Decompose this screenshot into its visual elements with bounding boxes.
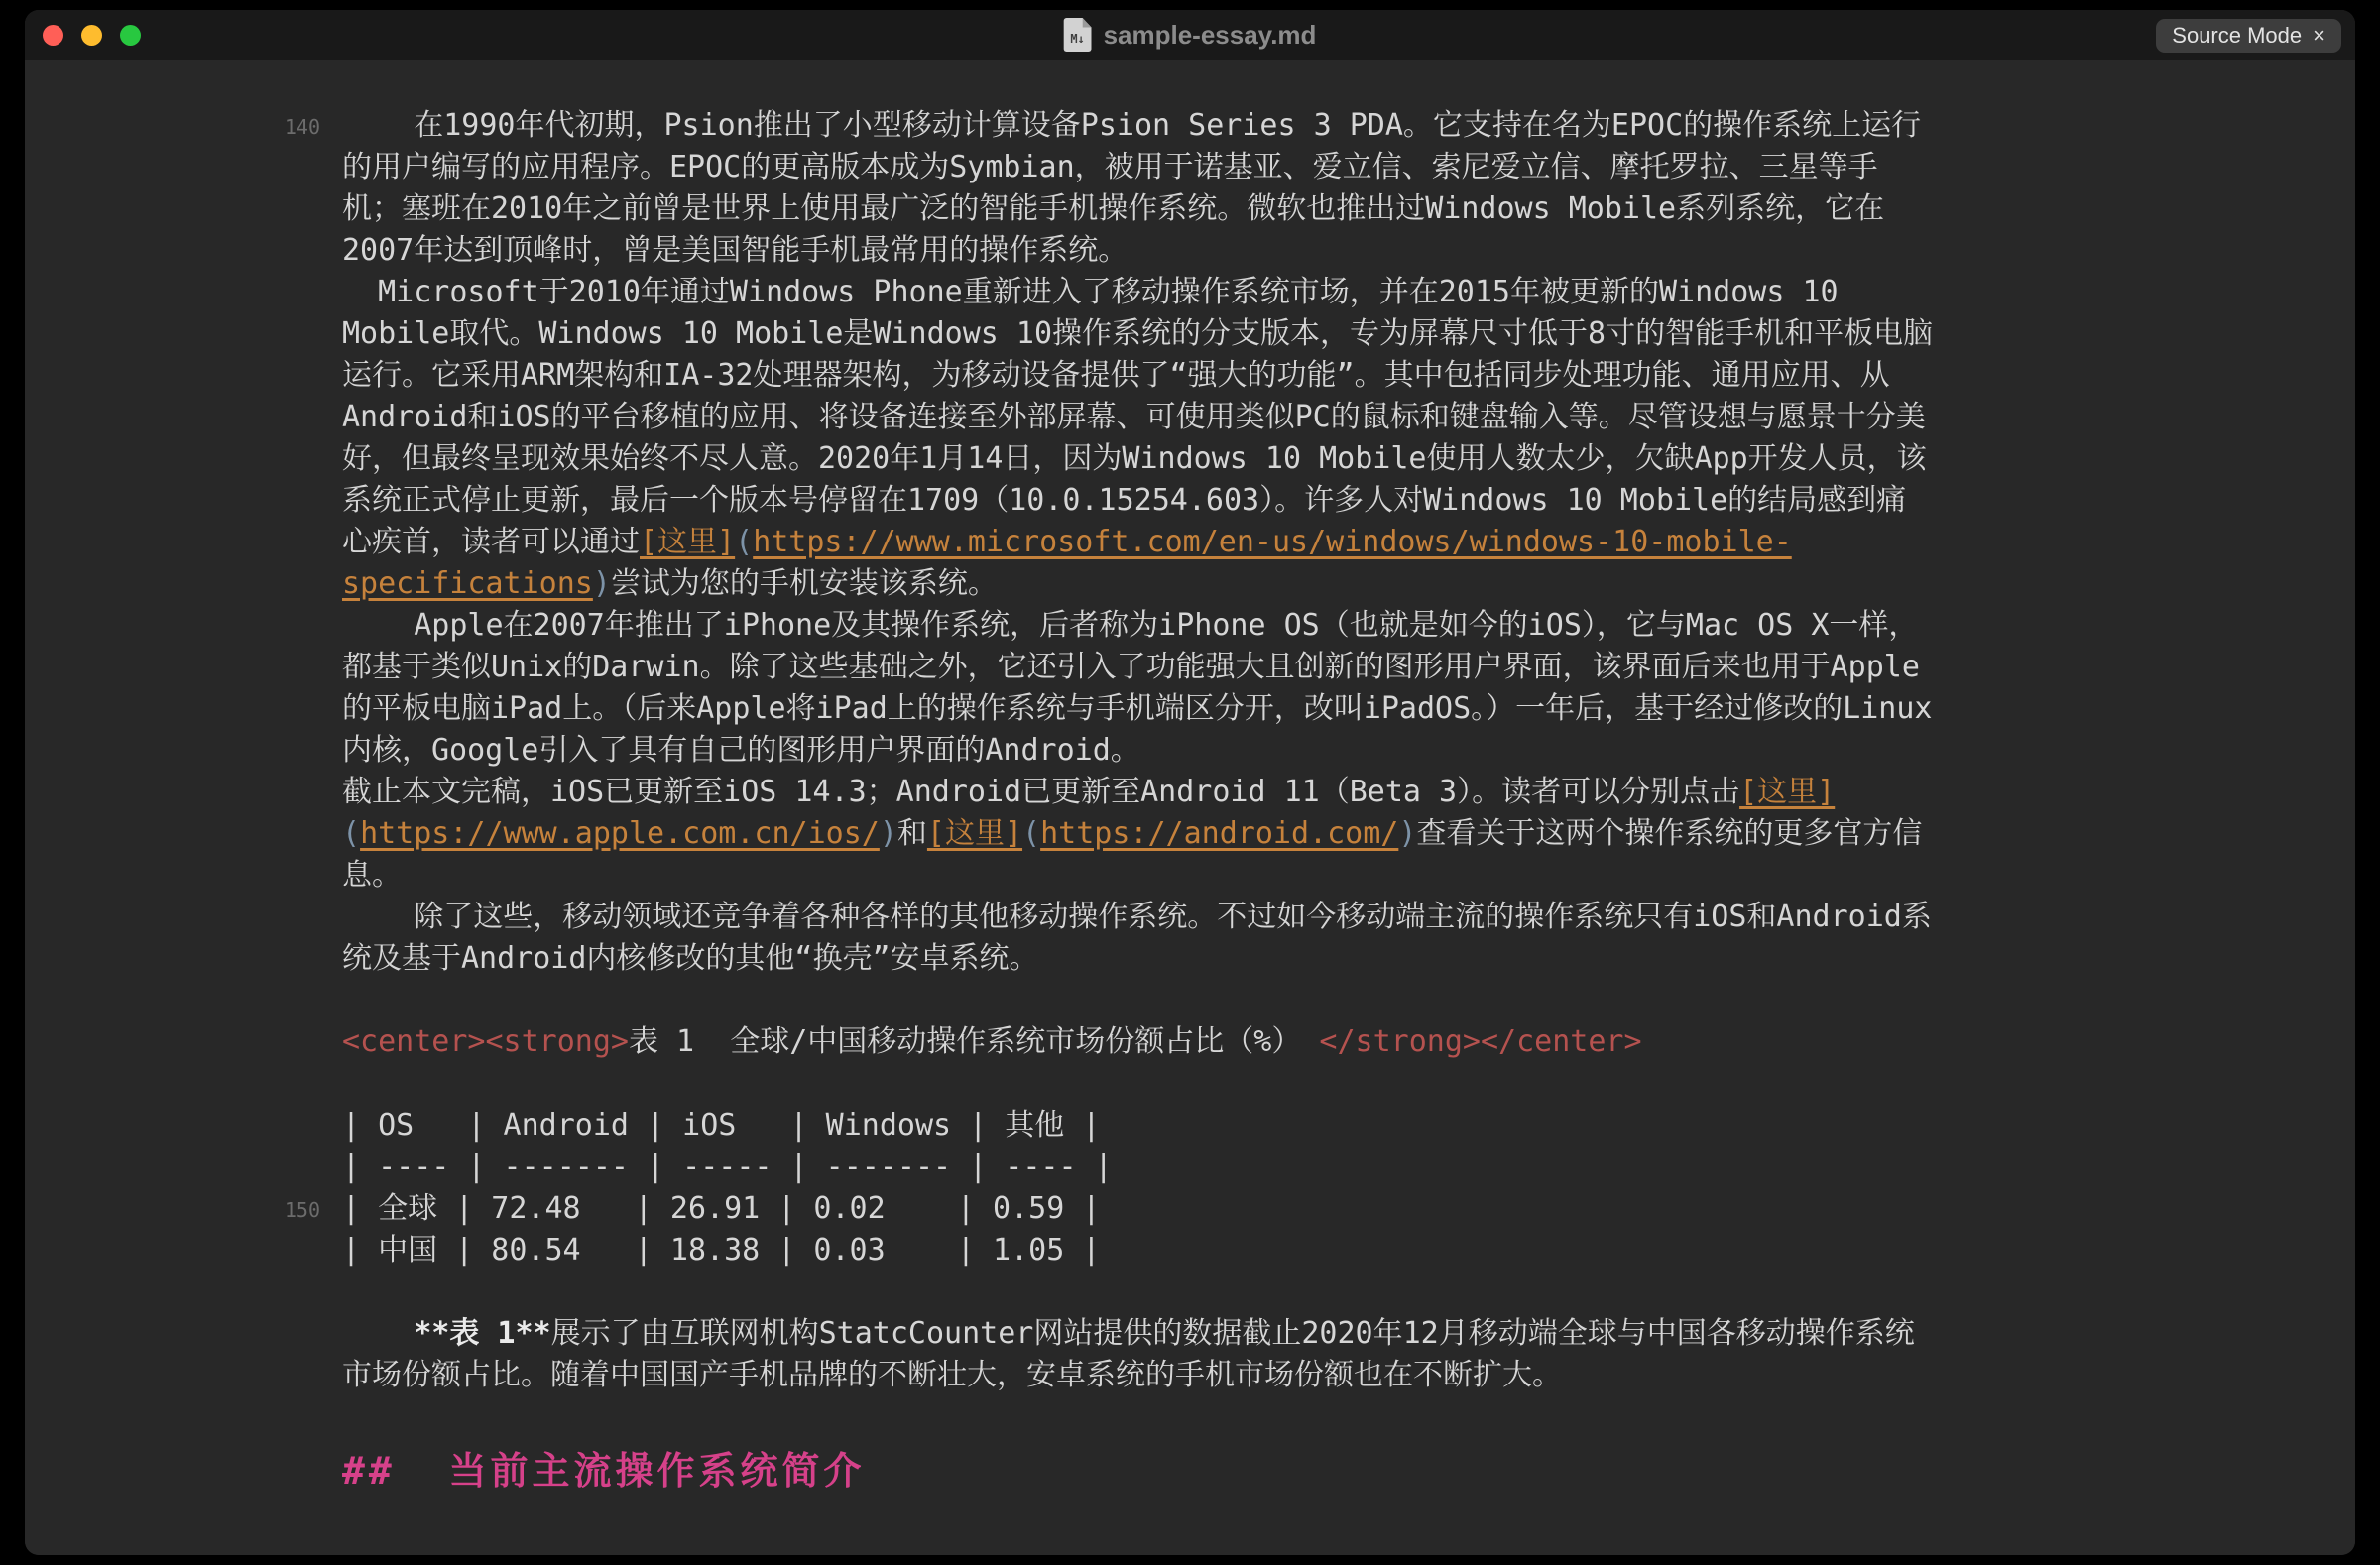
line-number: 150 <box>285 1189 320 1231</box>
close-icon[interactable]: × <box>2313 23 2325 49</box>
code-line: | 中国 | 80.54 | 18.38 | 0.03 | 1.05 | <box>342 1230 1934 1271</box>
text-segment: ) <box>880 816 897 851</box>
text-segment: | ---- | ------- | ----- | ------- | ---… <box>342 1149 1113 1184</box>
link[interactable]: [这里] <box>1739 775 1835 809</box>
code-line <box>342 980 1934 1022</box>
text-segment: ( <box>1022 816 1040 851</box>
code-line <box>342 1396 1934 1438</box>
close-window-button[interactable] <box>43 25 63 46</box>
editor-content: 140 在1990年代初期，Psion推出了小型移动计算设备Psion Seri… <box>342 105 2355 1498</box>
code-line: Apple在2007年推出了iPhone及其操作系统，后者称为iPhone OS… <box>342 605 1934 772</box>
app-window: M↓ sample-essay.md Source Mode × 140 在19… <box>25 10 2355 1555</box>
text-segment: <center><strong> <box>342 1024 629 1059</box>
link[interactable]: https://www.apple.com.cn/ios/ <box>360 816 880 851</box>
source-mode-label: Source Mode <box>2172 23 2302 49</box>
text-segment: ( <box>735 525 753 559</box>
text-segment: 除了这些，移动领域还竞争着各种各样的其他移动操作系统。不过如今移动端主流的操作系… <box>342 900 1932 976</box>
text-segment: ) <box>593 566 611 601</box>
minimize-window-button[interactable] <box>81 25 102 46</box>
text-segment: **表 1** <box>414 1316 550 1351</box>
code-line: <center><strong>表 1 全球/中国移动操作系统市场份额占比（%）… <box>342 1022 1934 1063</box>
line-number: 140 <box>285 106 320 148</box>
title-group: M↓ sample-essay.md <box>1064 10 1317 60</box>
link[interactable]: https://android.com/ <box>1040 816 1398 851</box>
titlebar: M↓ sample-essay.md Source Mode × <box>25 10 2355 60</box>
text-segment: ## 当前主流操作系统简介 <box>342 1449 866 1493</box>
text-segment: | OS | Android | iOS | Windows | 其他 | <box>342 1108 1100 1143</box>
traffic-lights <box>43 25 141 46</box>
folded-corner <box>1083 18 1092 28</box>
text-segment: Apple在2007年推出了iPhone及其操作系统，后者称为iPhone OS… <box>342 608 1932 768</box>
code-line <box>342 1063 1934 1105</box>
code-line: 140 在1990年代初期，Psion推出了小型移动计算设备Psion Seri… <box>342 105 1934 272</box>
text-segment: 尝试为您的手机安装该系统。 <box>611 566 998 601</box>
text-segment: | 中国 | 80.54 | 18.38 | 0.03 | 1.05 | <box>342 1233 1100 1267</box>
text-segment: | 全球 | 72.48 | 26.91 | 0.02 | 0.59 | <box>342 1191 1100 1226</box>
text-segment: 展示了由互联网机构StatcCounter网站提供的数据截止2020年12月移动… <box>342 1316 1915 1392</box>
text-segment: 截止本文完稿，iOS已更新至iOS 14.3；Android已更新至Androi… <box>342 775 1739 809</box>
text-segment <box>342 1316 414 1351</box>
text-segment: Microsoft于2010年通过Windows Phone重新进入了移动操作系… <box>342 275 1933 559</box>
code-line: 除了这些，移动领域还竞争着各种各样的其他移动操作系统。不过如今移动端主流的操作系… <box>342 897 1934 980</box>
code-line: 150| 全球 | 72.48 | 26.91 | 0.02 | 0.59 | <box>342 1188 1934 1230</box>
link[interactable]: [这里] <box>640 525 735 559</box>
code-line: **表 1**展示了由互联网机构StatcCounter网站提供的数据截止202… <box>342 1313 1934 1396</box>
code-line: 截止本文完稿，iOS已更新至iOS 14.3；Android已更新至Androi… <box>342 772 1934 897</box>
text-segment: ) <box>1398 816 1416 851</box>
text-segment: 在1990年代初期，Psion推出了小型移动计算设备Psion Series 3… <box>342 108 1921 268</box>
window-title: sample-essay.md <box>1104 20 1317 51</box>
editor[interactable]: 140 在1990年代初期，Psion推出了小型移动计算设备Psion Seri… <box>25 60 2355 1555</box>
text-segment: ( <box>342 816 360 851</box>
source-mode-badge[interactable]: Source Mode × <box>2156 19 2341 53</box>
text-segment: 表 1 全球/中国移动操作系统市场份额占比（%） <box>629 1024 1319 1059</box>
markdown-heading-line: ## 当前主流操作系统简介 <box>342 1444 1934 1498</box>
link[interactable]: [这里] <box>927 816 1022 851</box>
code-line: | ---- | ------- | ----- | ------- | ---… <box>342 1146 1934 1188</box>
code-line <box>342 1271 1934 1313</box>
zoom-window-button[interactable] <box>120 25 141 46</box>
text-segment: </strong></center> <box>1319 1024 1641 1059</box>
code-line: | OS | Android | iOS | Windows | 其他 | <box>342 1105 1934 1146</box>
code-line: Microsoft于2010年通过Windows Phone重新进入了移动操作系… <box>342 272 1934 605</box>
text-segment: 和 <box>897 816 927 851</box>
markdown-file-icon: M↓ <box>1064 18 1092 52</box>
